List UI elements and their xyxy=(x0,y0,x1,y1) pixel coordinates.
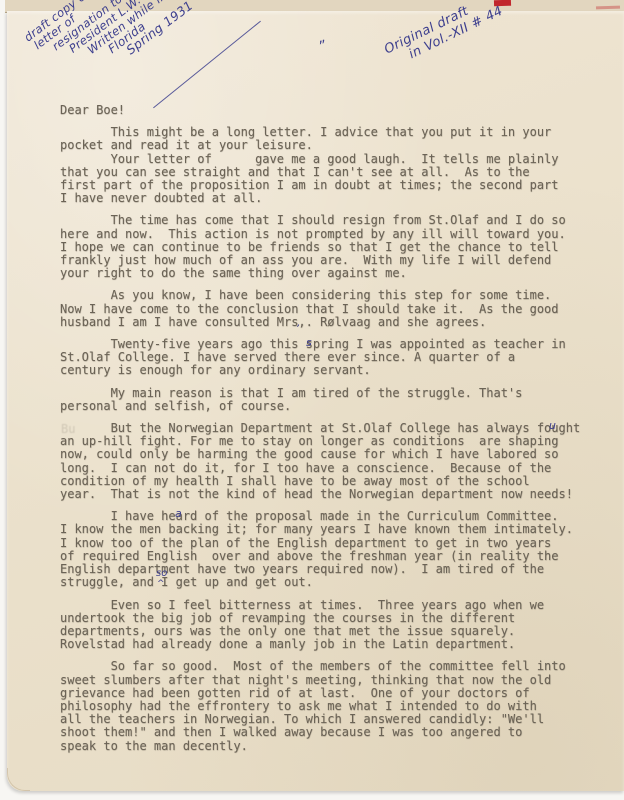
typed-paragraph: As you know, I have been considering thi… xyxy=(60,289,600,329)
ink-caret: ^ xyxy=(157,579,165,590)
typed-paragraph: Even so I feel bitterness at times. Thre… xyxy=(60,599,600,652)
typed-paragraph: This might be a long letter. I advice th… xyxy=(60,126,600,205)
ink-comma-mrs: , xyxy=(297,317,301,328)
ink-correction-heard: a xyxy=(175,508,182,519)
typed-paragraph: But the Norwegian Department at St.Olaf … xyxy=(60,422,600,501)
typed-text: Dear Boe! This might be a long letter. I… xyxy=(60,104,600,762)
typed-paragraph: The time has come that I should resign f… xyxy=(60,214,600,280)
ink-correction-fought: u xyxy=(549,420,556,431)
ink-correction-spring: s xyxy=(306,337,312,348)
paper-corner-curl xyxy=(7,768,30,791)
typed-paragraph: Twenty-five years ago this spring I was … xyxy=(60,338,600,378)
typed-paragraph: My main reason is that I am tired of the… xyxy=(60,387,600,413)
typed-paragraph: I have heard of the proposal made in the… xyxy=(60,510,600,589)
typed-paragraph: So far so good. Most of the members of t… xyxy=(60,660,600,752)
erased-typing: Bu xyxy=(61,422,75,436)
salutation: Dear Boe! xyxy=(60,104,600,117)
scanned-letter-page: draft copy ofletter ofresignation toPres… xyxy=(0,0,624,800)
ink-insertion-so: so xyxy=(156,568,167,579)
